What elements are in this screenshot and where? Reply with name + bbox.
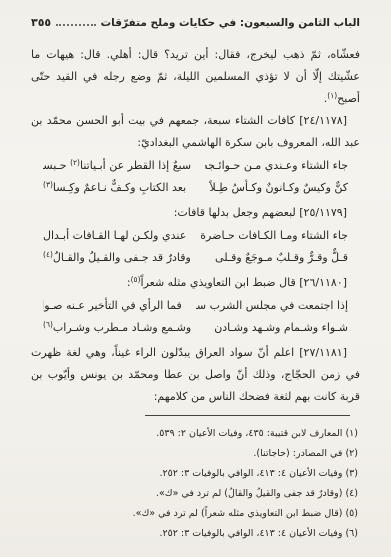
paragraph-1180: [٢٦/١١٨٠] قال ضبط ابن التعاويذي مثله شعر… <box>31 272 360 294</box>
hemistich-right: شـواء وشـمام وشـهد وشـادن <box>214 317 348 339</box>
hemistich-text: وشـمع وشـاد مـطرب وشـراب <box>53 321 191 334</box>
footnote-ref-5: (٥) <box>131 275 141 284</box>
dotted-leader <box>56 24 95 26</box>
footnote-item: (٣) وفيات الأعيان ٤: ٤١٣، الوافي بالوفيا… <box>31 464 358 484</box>
hemistich-left: سبعٌ إذا القطر عن أبـياتنا(٢) حـبسا <box>43 155 191 177</box>
footnote-ref-1: (١) <box>327 91 337 100</box>
page-body: فعشّاه، ثمّ ذهب ليخرج، فقال: أين تريد؟ ق… <box>31 44 360 408</box>
poem-qafat: جاء الشتاء ومـا الكـافات حـاضرة عندي ولك… <box>31 224 360 272</box>
hemistich-left: بعد الكتابِ وكـفٌّ نـاعمٌ وكِـسا(٣) <box>43 177 186 199</box>
footnote-ref-6: (٦) <box>43 320 53 329</box>
chapter-running-title: الباب الثامن والسبعون: في حكايات وملح مت… <box>101 17 360 29</box>
footnote-area: (١) المعارف لابن قتيبة: ٤٣٥، وفيات الأعي… <box>31 415 360 544</box>
footnote-ref-2: (٢) <box>70 158 80 167</box>
hemistich-text: حـبسا <box>43 159 70 172</box>
paragraph-text: فعشّاه، ثمّ ذهب ليخرج، فقال: أين تريد؟ ق… <box>31 48 360 105</box>
hemistich-right: قـلٌّ وقـرٌّ وقـلبٌ مـوجَعٌ وقـلى <box>215 247 348 269</box>
anecdote-number: [٢٧/١١٨١] <box>299 346 347 359</box>
book-page: الباب الثامن والسبعون: في حكايات وملح مت… <box>0 0 391 557</box>
hemistich-left: وقادرٌ قد جـفى والقـيلُ والقـالُ(٤) <box>43 247 191 269</box>
hemistich-right: إذا اجتمعت في مجلس الشرب سبعة <box>196 295 348 317</box>
hemistich-text: فما الرأي في التأخير عـنه صـواب <box>43 299 182 312</box>
anecdote-number: [٢٥/١١٧٩] <box>299 206 347 219</box>
footnote-list: (١) المعارف لابن قتيبة: ٤٣٥، وفيات الأعي… <box>31 424 360 544</box>
paragraph-1178: [٢٤/١١٧٨] كافات الشتاء سبعة، جمعهم في بي… <box>31 110 360 154</box>
anecdote-number: [٢٤/١١٧٨] <box>299 114 347 127</box>
verse-row: إذا اجتمعت في مجلس الشرب سبعة فما الرأي … <box>43 295 348 317</box>
paragraph-continuation: فعشّاه، ثمّ ذهب ليخرج، فقال: أين تريد؟ ق… <box>31 44 360 110</box>
verse-row: شـواء وشـمام وشـهد وشـادن وشـمع وشـاد مـ… <box>43 317 348 339</box>
hemistich-right: كنٌّ وكيسٌ وكـانونٌ وكـأسُ طِـلاً <box>209 177 348 199</box>
paragraph-text: قال ضبط ابن التعاويذي مثله شعراً <box>141 276 296 289</box>
hemistich-text: بعد الكتابِ وكـفٌّ نـاعمٌ وكِـسا <box>53 181 186 194</box>
paragraph-text: لبعضهم وجعل بدلها قافات: <box>174 206 296 219</box>
footnote-separator <box>145 415 350 416</box>
footnote-item: (١) المعارف لابن قتيبة: ٤٣٥، وفيات الأعي… <box>31 424 358 444</box>
hemistich-right: جاء الشتاء ومـا الكـافات حـاضرة <box>200 225 348 247</box>
verse-row: كنٌّ وكيسٌ وكـانونٌ وكـأسُ طِـلاً بعد ال… <box>43 177 348 199</box>
hemistich-text: وقادرٌ قد جـفى والقـيلُ والقـالُ <box>53 251 191 264</box>
verse-row: قـلٌّ وقـرٌّ وقـلبٌ مـوجَعٌ وقـلى وقادرٌ… <box>43 247 348 269</box>
hemistich-text: سبعٌ إذا القطر عن أبـياتنا <box>80 159 191 172</box>
hemistich-text: عندي ولكـن لهـا القـافات أبـدال <box>43 229 186 242</box>
footnote-item: (٢) في المصادر: (حاجاتنا). <box>31 444 358 464</box>
page-number: ٣٥٥ <box>31 16 51 29</box>
hemistich-left: فما الرأي في التأخير عـنه صـواب <box>43 295 182 317</box>
footnote-item: (٥) (قال ضبط ابن التعاويذي مثله شعراً) ل… <box>31 504 358 524</box>
poem-tawidhi: إذا اجتمعت في مجلس الشرب سبعة فما الرأي … <box>31 294 360 342</box>
paragraph-1181: [٢٧/١١٨١] اعلم أنّ سواد العراق يبدّلون ا… <box>31 342 360 408</box>
hemistich-left: وشـمع وشـاد مـطرب وشـراب(٦) <box>43 317 191 339</box>
footnote-ref-3: (٣) <box>43 180 53 189</box>
hemistich-right: جاء الشتاء وعـندي مـن حـوائـجه <box>205 155 348 177</box>
hemistich-left: عندي ولكـن لهـا القـافات أبـدال <box>43 225 186 247</box>
footnote-item: (٤) (وقادرٌ قد جفى والقيلُ والقالُ) لم ت… <box>31 484 358 504</box>
verse-row: جاء الشتاء وعـندي مـن حـوائـجه سبعٌ إذا … <box>43 155 348 177</box>
page-header: الباب الثامن والسبعون: في حكايات وملح مت… <box>0 0 391 29</box>
verse-row: جاء الشتاء ومـا الكـافات حـاضرة عندي ولك… <box>43 225 348 247</box>
poem-kafat-alshita: جاء الشتاء وعـندي مـن حـوائـجه سبعٌ إذا … <box>31 154 360 202</box>
footnote-item: (٦) وفيات الأعيان ٤: ٤١٣، الوافي بالوفيا… <box>31 524 358 544</box>
paragraph-1179: [٢٥/١١٧٩] لبعضهم وجعل بدلها قافات: <box>31 202 360 224</box>
footnote-ref-4: (٤) <box>43 250 53 259</box>
anecdote-number: [٢٦/١١٨٠] <box>299 276 347 289</box>
